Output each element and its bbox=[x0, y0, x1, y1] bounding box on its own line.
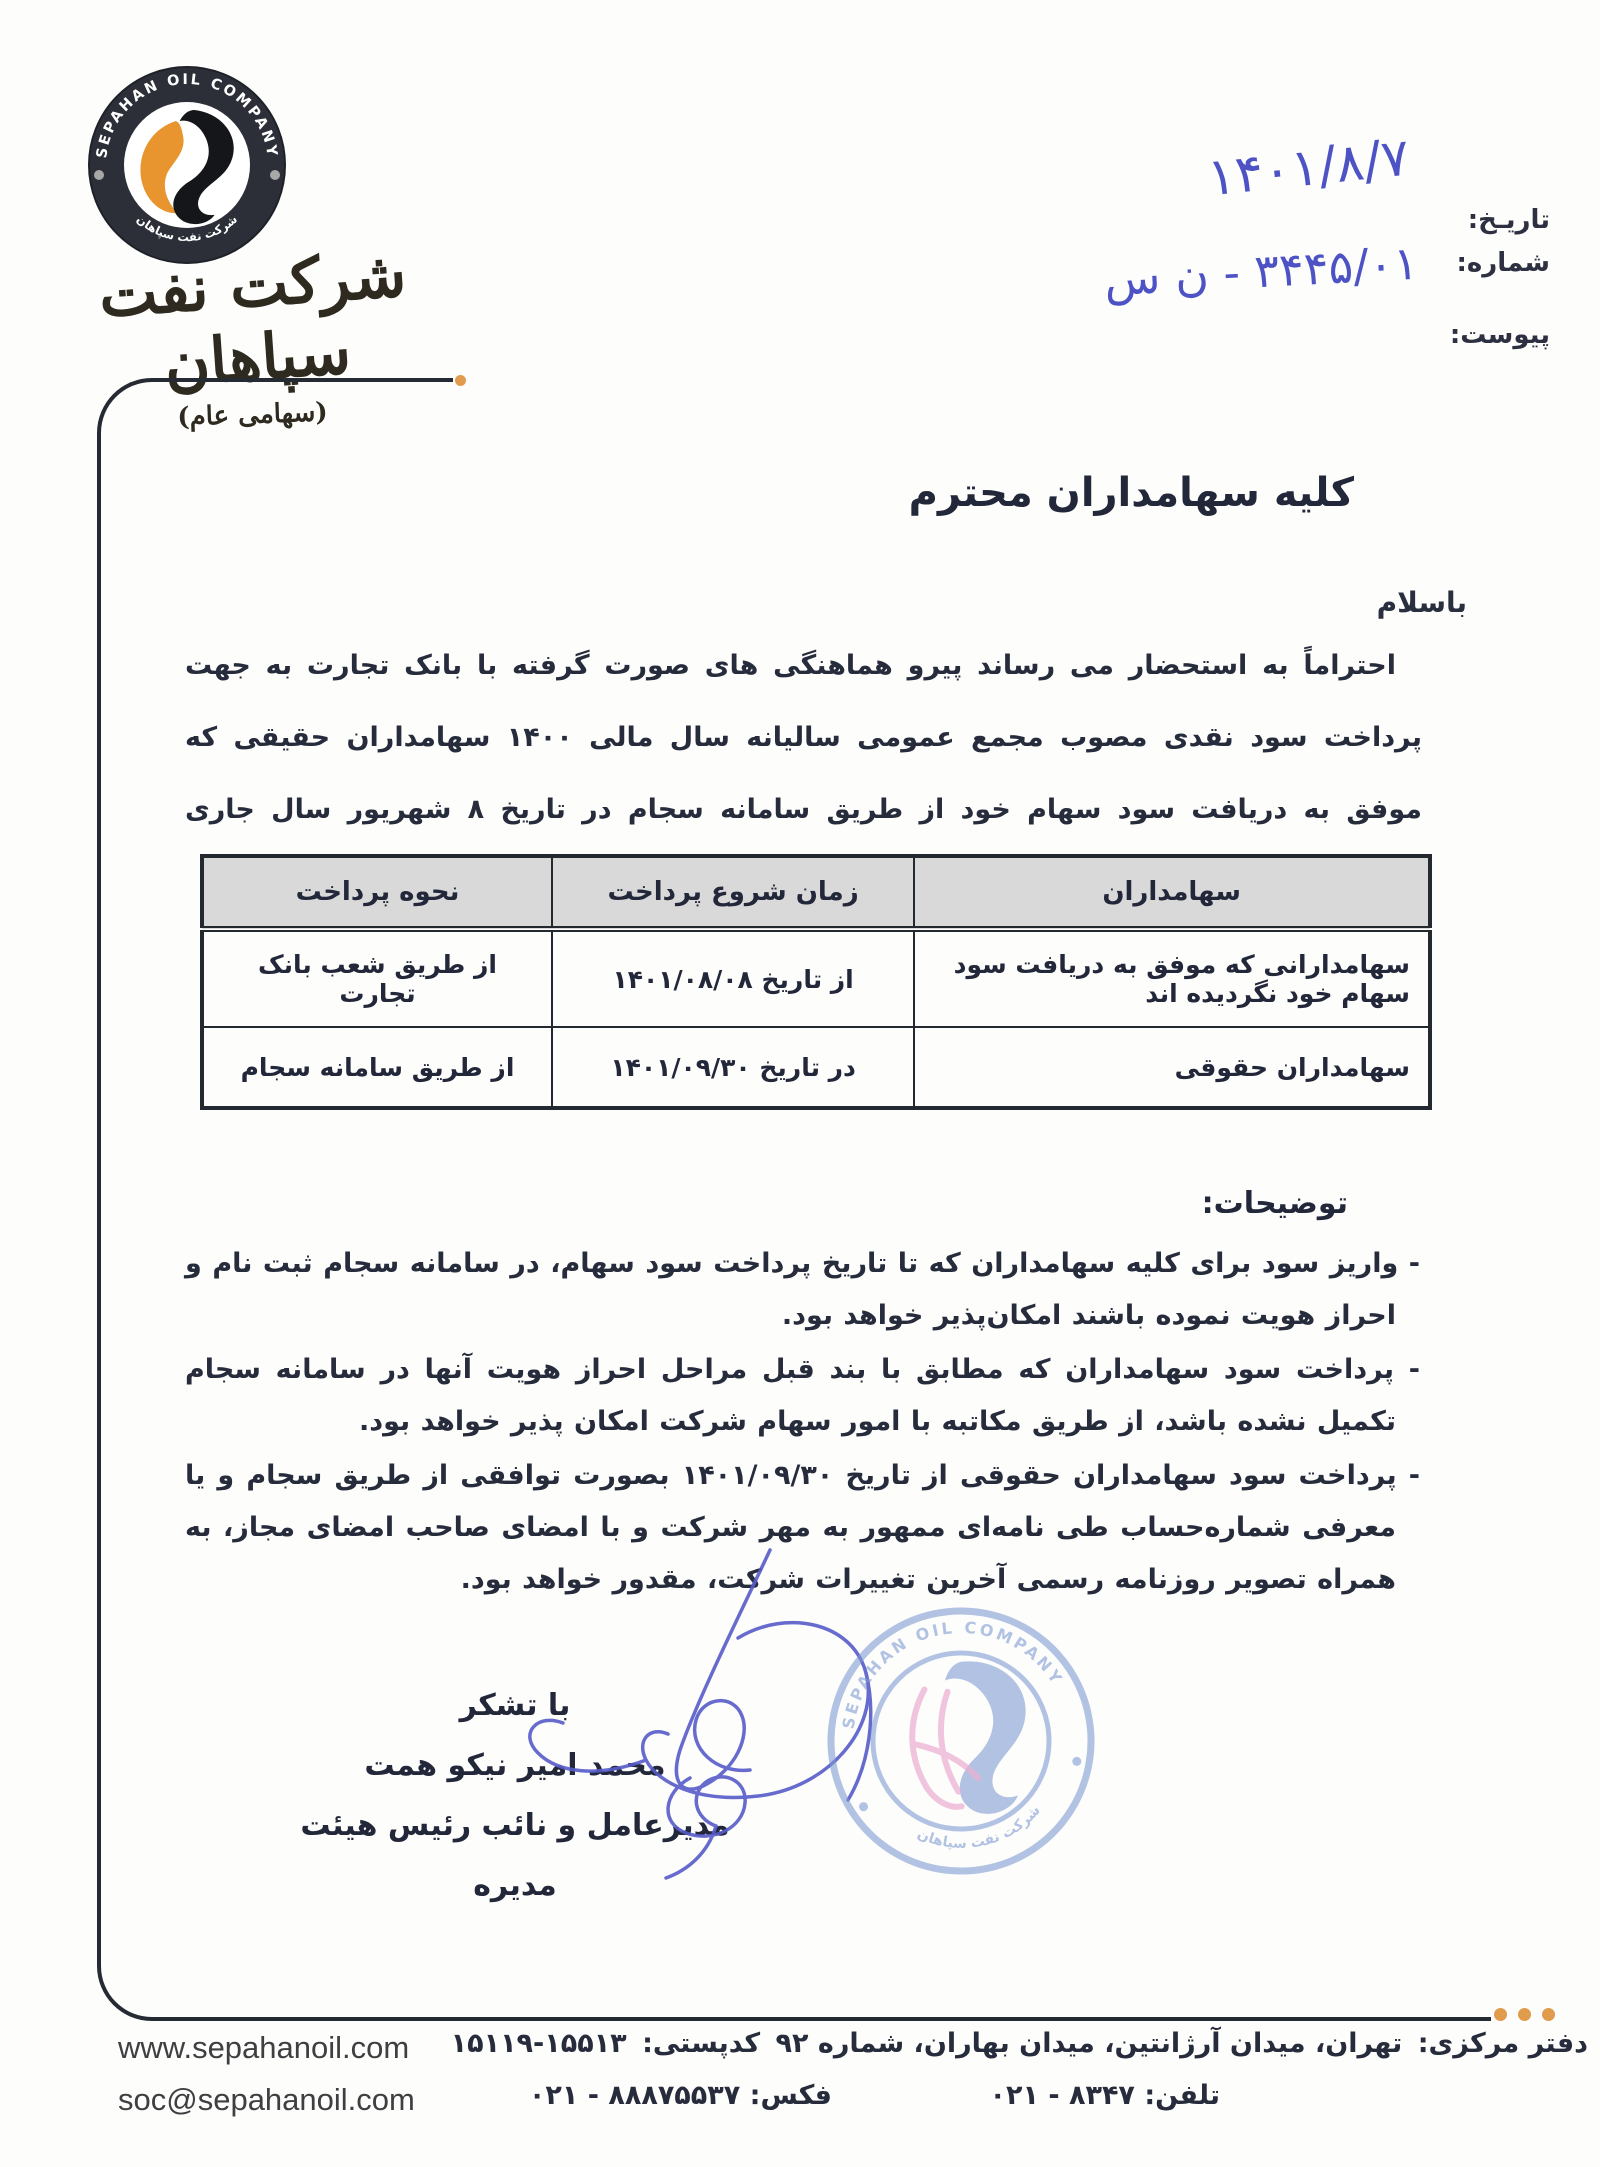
cell-payment-start: در تاریخ ۱۴۰۱/۰۹/۳۰ bbox=[552, 1027, 914, 1108]
note-item: - پرداخت سود سهامداران حقوقی از تاریخ ۱۴… bbox=[185, 1450, 1420, 1606]
frame-accent-dot bbox=[455, 375, 466, 386]
signature-thanks: با تشکر bbox=[275, 1676, 755, 1736]
cell-payment-method: از طریق سامانه سجام bbox=[202, 1027, 552, 1108]
col-header-payment-start: زمان شروع پرداخت bbox=[552, 856, 914, 929]
table-row: سهامدارانی که موفق به دریافت سود سهام خو… bbox=[202, 929, 1430, 1027]
footer-website: www.sepahanoil.com bbox=[118, 2030, 409, 2066]
cell-shareholders: سهامدارانی که موفق به دریافت سود سهام خو… bbox=[914, 929, 1430, 1027]
footer-fax: فکس: ۸۸۸۷۵۵۳۷ - ۰۲۱ bbox=[529, 2080, 832, 2111]
notes-list: - واریز سود برای کلیه سهامداران که تا تا… bbox=[185, 1238, 1420, 1608]
footer-address-line: دفتر مرکزی: تهران، میدان آرژانتین، میدان… bbox=[445, 2028, 1588, 2059]
note-item: - پرداخت سود سهامداران که مطابق با بند ق… bbox=[185, 1344, 1420, 1448]
footer-postal-value: ۱۵۵۱۳-۱۵۱۱۹ bbox=[451, 2028, 627, 2059]
payment-schedule-table: سهامداران زمان شروع پرداخت نحوه پرداخت س… bbox=[200, 854, 1432, 1110]
company-logo-icon: SEPAHAN OIL COMPANY شرکت نفت سپاهان bbox=[82, 60, 292, 270]
notes-heading: توضیحات: bbox=[1202, 1186, 1348, 1221]
footer-phone: تلفن: ۸۳۴۷ - ۰۲۱ bbox=[990, 2080, 1220, 2111]
signatory-role: مدیرعامل و نائب رئیس هیئت مدیره bbox=[275, 1796, 755, 1916]
table-row: سهامداران حقوقی در تاریخ ۱۴۰۱/۰۹/۳۰ از ط… bbox=[202, 1027, 1430, 1108]
footer-email: soc@sepahanoil.com bbox=[118, 2082, 415, 2118]
footer-address-text: تهران، میدان آرژانتین، میدان بهاران، شما… bbox=[776, 2028, 1403, 2059]
footer-phone-value: ۸۳۴۷ - ۰۲۱ bbox=[990, 2080, 1135, 2111]
company-stamp-icon: SEPAHAN OIL COMPANY شرکت نفت سپاهان bbox=[808, 1595, 1118, 1895]
handwritten-number-value: ۳۴۴۵/۰۱ - ن س bbox=[1103, 236, 1420, 306]
scanned-letter-page: SEPAHAN OIL COMPANY شرکت نفت سپاهان شرکت… bbox=[0, 0, 1600, 2167]
handwritten-date-value: ۱۴۰۱/۸/۷ bbox=[1205, 128, 1413, 209]
footer-postal-label: کدپستی: bbox=[642, 2028, 760, 2059]
cell-payment-start: از تاریخ ۱۴۰۱/۰۸/۰۸ bbox=[552, 929, 914, 1027]
footer-accent-dot bbox=[1542, 2008, 1555, 2021]
col-header-payment-method: نحوه پرداخت bbox=[202, 856, 552, 929]
footer-phone-label: تلفن: bbox=[1144, 2080, 1220, 2111]
cell-payment-method: از طریق شعب بانک تجارت bbox=[202, 929, 552, 1027]
footer-fax-value: ۸۸۸۷۵۵۳۷ - ۰۲۱ bbox=[529, 2080, 740, 2111]
number-label: شماره: bbox=[1457, 248, 1550, 278]
footer-address-label: دفتر مرکزی: bbox=[1418, 2028, 1588, 2059]
footer-fax-label: فکس: bbox=[750, 2080, 832, 2111]
salutation: باسلام bbox=[1377, 586, 1467, 619]
note-item: - واریز سود برای کلیه سهامداران که تا تا… bbox=[185, 1238, 1420, 1342]
footer-accent-dot bbox=[1518, 2008, 1531, 2021]
footer-accent-dot bbox=[1494, 2008, 1507, 2021]
recipient-title: کلیه سهامداران محترم bbox=[909, 470, 1354, 516]
attachment-label: پیوست: bbox=[1450, 320, 1550, 350]
signature-block: با تشکر محمد امیر نیکو همت مدیرعامل و نا… bbox=[275, 1676, 755, 1916]
date-label: تاریـخ: bbox=[1468, 205, 1550, 235]
table-header-row: سهامداران زمان شروع پرداخت نحوه پرداخت bbox=[202, 856, 1430, 929]
cell-shareholders: سهامداران حقوقی bbox=[914, 1027, 1430, 1108]
signatory-name: محمد امیر نیکو همت bbox=[275, 1736, 755, 1796]
col-header-shareholders: سهامداران bbox=[914, 856, 1430, 929]
